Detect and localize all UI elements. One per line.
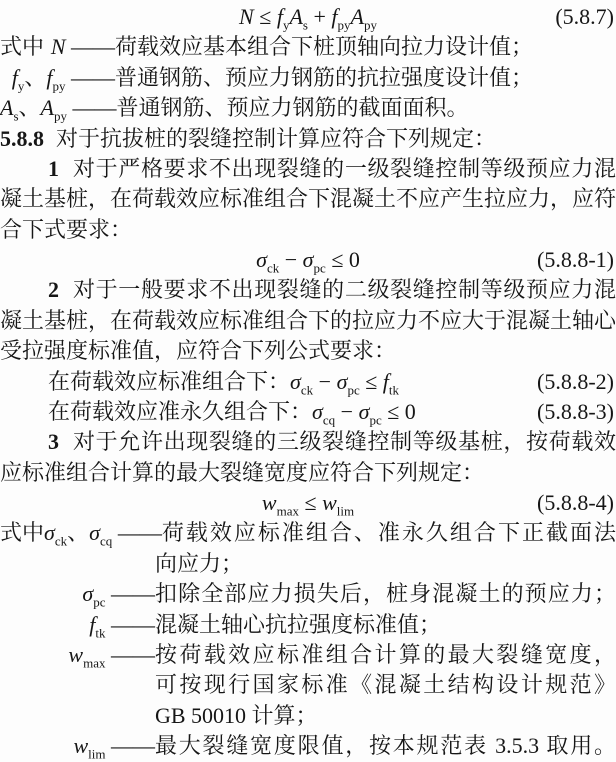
item-1-wrap-line-2: 合下式要求：: [0, 215, 616, 245]
item-2-wrap-line-1: 凝土基桩，在荷载效应标准组合下的拉应力不应大于混凝土轴心: [0, 306, 616, 336]
definition-text-sck-scq: 荷载效应标准组合、准永久组合下正截面法: [162, 518, 616, 548]
equation-5-8-8-1-line: σck − σpc ≤ 0 (5.8.8-1): [0, 245, 616, 275]
symbol-wlim: wlim ——: [73, 731, 155, 761]
symbol-wmax: wmax ——: [68, 640, 155, 670]
definition-text-As-Apy: 普通钢筋、预应力钢筋的截面面积。: [116, 93, 616, 123]
definition-row-ftk: ftk —— 混凝土轴心抗拉强度标准值；: [0, 610, 616, 640]
symbol-spc: σpc ——: [82, 579, 155, 609]
item-2-text: 对于一般要求不出现裂缝的二级裂缝控制等级预应力混: [73, 275, 616, 305]
definition-text-fy-fpy: 普通钢筋、预应力钢筋的抗拉强度设计值；: [115, 63, 616, 93]
item-3-number: 3: [48, 427, 59, 457]
definition-text-wlim: 最大裂缝宽度限值，按本规范表 3.5.3 取用。: [155, 731, 616, 761]
clause-heading-text: 对于抗拔桩的裂缝控制计算应符合下列规定：: [56, 126, 496, 151]
symbol-sck-scq: σck、σcq ——: [44, 518, 162, 548]
definition-wrap-sck-scq: 向应力；: [0, 549, 616, 579]
definition-text-wmax: 按荷载效应标准组合计算的最大裂缝宽度，: [155, 640, 616, 670]
item-1-first-line: 1 对于严格要求不出现裂缝的一级裂缝控制等级预应力混: [0, 154, 616, 184]
equation-5-8-8-2-line: 在荷载效应标准组合下：σck − σpc ≤ ftk (5.8.8-2): [0, 367, 616, 397]
where-label-2: 式中: [0, 518, 44, 548]
equation-5-8-8-1-number: (5.8.8-1): [537, 245, 614, 275]
equation-5-8-8-3-expression: 在荷载效应准永久组合下：σcq − σpc ≤ 0: [48, 399, 416, 424]
symbol-As-Apy: As、Apy ——: [0, 93, 116, 123]
equation-5-8-8-3-number: (5.8.8-3): [537, 397, 614, 427]
definition-row-spc: σpc —— 扣除全部应力损失后，桩身混凝土的预应力；: [0, 579, 616, 609]
equation-5-8-8-4-line: wmax ≤ wlim (5.8.8-4): [0, 488, 616, 518]
equation-5-8-8-1-expression: σck − σpc ≤ 0: [256, 247, 360, 272]
clause-heading-5-8-8: 5.8.8对于抗拔桩的裂缝控制计算应符合下列规定：: [0, 124, 616, 154]
definition-wrap-wmax-2: GB 50010 计算；: [0, 701, 616, 731]
clause-number: 5.8.8: [0, 126, 44, 151]
definition-text-N: 荷载效应基本组合下桩顶轴向拉力设计值；: [115, 32, 616, 62]
equation-5-8-8-2-expression: 在荷载效应标准组合下：σck − σpc ≤ ftk: [48, 369, 399, 394]
definition-text-ftk: 混凝土轴心抗拉强度标准值；: [155, 610, 616, 640]
item-3-first-line: 3 对于允许出现裂缝的三级裂缝控制等级基桩，按荷载效: [0, 427, 616, 457]
document-page: N ≤ fyAs + fpyApy (5.8.7) 式中 N —— 荷载效应基本…: [0, 0, 616, 762]
equation-5-8-7-number: (5.8.7): [555, 2, 614, 32]
equation-5-8-8-4-number: (5.8.8-4): [537, 488, 614, 518]
symbol-ftk: ftk ——: [89, 610, 155, 640]
item-1-wrap-line-1: 凝土基桩，在荷载效应标准组合下混凝土不应产生拉应力，应符: [0, 184, 616, 214]
definition-row-N: 式中 N —— 荷载效应基本组合下桩顶轴向拉力设计值；: [0, 32, 616, 62]
equation-5-8-7-line: N ≤ fyAs + fpyApy (5.8.7): [0, 2, 616, 32]
equation-5-8-8-4-expression: wmax ≤ wlim: [262, 490, 354, 515]
item-2-wrap-line-2: 受拉强度标准值，应符合下列公式要求：: [0, 336, 616, 366]
item-3-text: 对于允许出现裂缝的三级裂缝控制等级基桩，按荷载效: [73, 427, 616, 457]
item-2-first-line: 2 对于一般要求不出现裂缝的二级裂缝控制等级预应力混: [0, 275, 616, 305]
definition-row-As-Apy: As、Apy —— 普通钢筋、预应力钢筋的截面面积。: [0, 93, 616, 123]
definition-row-fy-fpy: fy、fpy —— 普通钢筋、预应力钢筋的抗拉强度设计值；: [0, 63, 616, 93]
symbol-fy-fpy: fy、fpy ——: [12, 63, 115, 93]
item-1-number: 1: [48, 154, 59, 184]
item-2-number: 2: [48, 275, 59, 305]
item-3-wrap-line-1: 应标准组合计算的最大裂缝宽度应符合下列规定：: [0, 458, 616, 488]
equation-5-8-8-2-number: (5.8.8-2): [537, 367, 614, 397]
symbol-N: N ——: [51, 32, 115, 62]
where-label: 式中: [0, 32, 44, 62]
equation-5-8-7-expression: N ≤ fyAs + fpyApy: [239, 4, 377, 29]
item-1-text: 对于严格要求不出现裂缝的一级裂缝控制等级预应力混: [73, 154, 616, 184]
definition-row-wmax: wmax —— 按荷载效应标准组合计算的最大裂缝宽度，: [0, 640, 616, 670]
definition-row-sck-scq: 式中 σck、σcq —— 荷载效应标准组合、准永久组合下正截面法: [0, 518, 616, 548]
definition-row-wlim: wlim —— 最大裂缝宽度限值，按本规范表 3.5.3 取用。: [0, 731, 616, 761]
equation-5-8-8-3-line: 在荷载效应准永久组合下：σcq − σpc ≤ 0 (5.8.8-3): [0, 397, 616, 427]
definition-text-spc: 扣除全部应力损失后，桩身混凝土的预应力；: [155, 579, 616, 609]
definition-wrap-wmax-1: 可按现行国家标准《混凝土结构设计规范》: [0, 670, 616, 700]
